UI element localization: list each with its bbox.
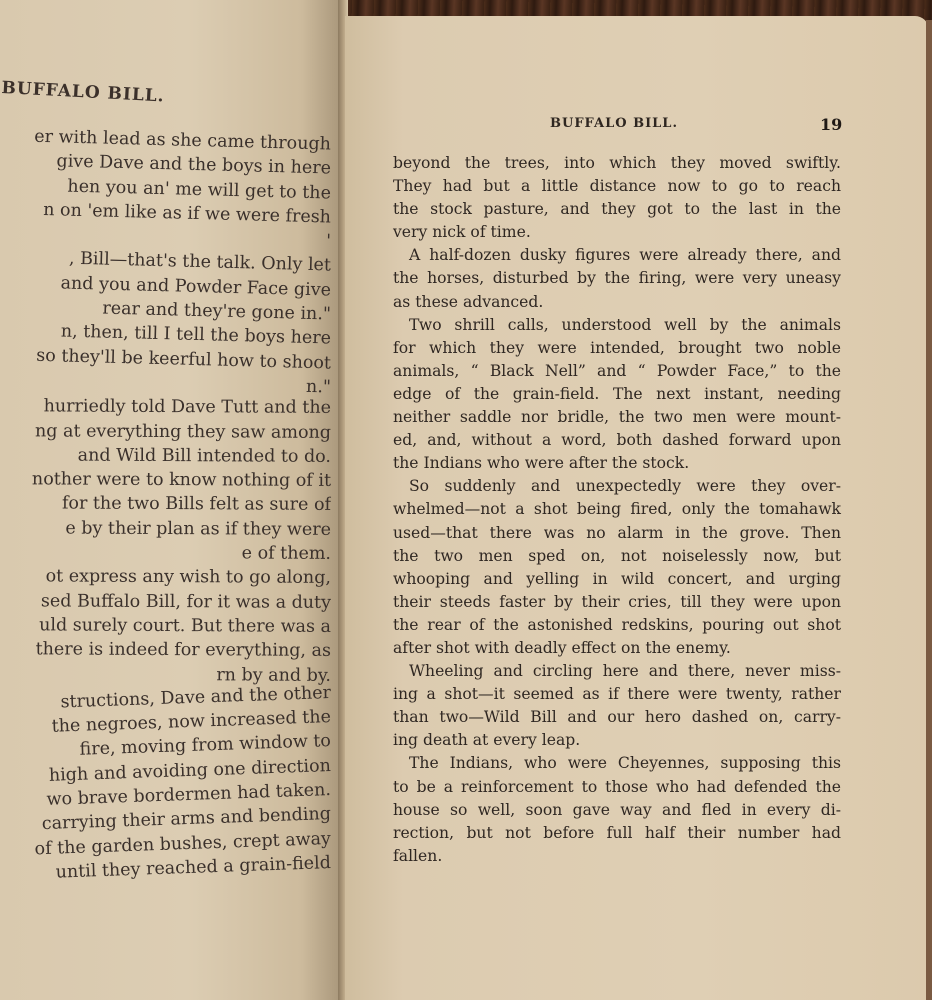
text-line: ed, and, without a word, both dashed for…: [393, 429, 841, 452]
text-line: animals, “ Black Nell” and “ Powder Face…: [393, 360, 841, 383]
text-line: and Wild Bill intended to do.: [0, 443, 331, 469]
left-page: BUFFALO BILL. er with lead as she came t…: [0, 0, 342, 1000]
text-line: for which they were intended, brought tw…: [393, 337, 841, 360]
text-line: fallen.: [393, 845, 841, 868]
text-line: beyond the trees, into which they moved …: [393, 152, 841, 175]
text-line: Wheeling and circling here and there, ne…: [393, 660, 841, 683]
text-line: as these advanced.: [393, 291, 841, 314]
text-line: than two—Wild Bill and our hero dashed o…: [393, 706, 841, 729]
text-line: ing a shot—it seemed as if there were tw…: [393, 683, 841, 706]
text-line: there is indeed for everything, as: [0, 637, 331, 663]
left-running-head: BUFFALO BILL.: [1, 78, 165, 107]
left-page-body: er with lead as she came throughgive Dav…: [0, 128, 331, 881]
text-line: Two shrill calls, understood well by the…: [393, 314, 841, 337]
text-line: very nick of time.: [393, 221, 841, 244]
text-line: their steeds faster by their cries, till…: [393, 591, 841, 614]
text-line: sed Buffalo Bill, for it was a duty: [0, 589, 331, 615]
text-line: edge of the grain-field. The next instan…: [393, 383, 841, 406]
text-line: ot express any wish to go along,: [0, 564, 331, 590]
text-line: They had but a little distance now to go…: [393, 175, 841, 198]
text-line: hurriedly told Dave Tutt and the: [0, 394, 331, 420]
text-line: for the two Bills felt as sure of: [0, 492, 331, 518]
text-line: the two men sped on, not noiselessly now…: [393, 545, 841, 568]
text-line: house so well, soon gave way and fled in…: [393, 799, 841, 822]
text-line: nother were to know nothing of it: [0, 467, 331, 493]
text-line: the horses, disturbed by the firing, wer…: [393, 267, 841, 290]
text-line: whooping and yelling in wild concert, an…: [393, 568, 841, 591]
text-line: The Indians, who were Cheyennes, supposi…: [393, 752, 841, 775]
text-line: to be a reinforcement to those who had d…: [393, 776, 841, 799]
text-line: after shot with deadly effect on the ene…: [393, 637, 841, 660]
text-line: A half-dozen dusky figures were already …: [393, 244, 841, 267]
text-line: ng at everything they saw among: [0, 419, 331, 445]
text-line: uld surely court. But there was a: [0, 613, 331, 639]
text-line: rection, but not before full half their …: [393, 822, 841, 845]
page-edge: [926, 20, 932, 1000]
page-number: 19: [820, 115, 842, 134]
right-page-body: beyond the trees, into which they moved …: [393, 152, 841, 868]
text-line: the Indians who were after the stock.: [393, 452, 841, 475]
text-line: whelmed—not a shot being fired, only the…: [393, 498, 841, 521]
text-line: the stock pasture, and they got to the l…: [393, 198, 841, 221]
text-line: the rear of the astonished redskins, pou…: [393, 614, 841, 637]
right-running-head: BUFFALO BILL.: [550, 116, 678, 131]
text-line: e by their plan as if they were: [0, 516, 331, 542]
text-line: used—that there was no alarm in the grov…: [393, 522, 841, 545]
text-line: So suddenly and unexpectedly were they o…: [393, 475, 841, 498]
text-line: neither saddle nor bridle, the two men w…: [393, 406, 841, 429]
text-line: e of them.: [0, 540, 331, 566]
text-line: ing death at every leap.: [393, 729, 841, 752]
